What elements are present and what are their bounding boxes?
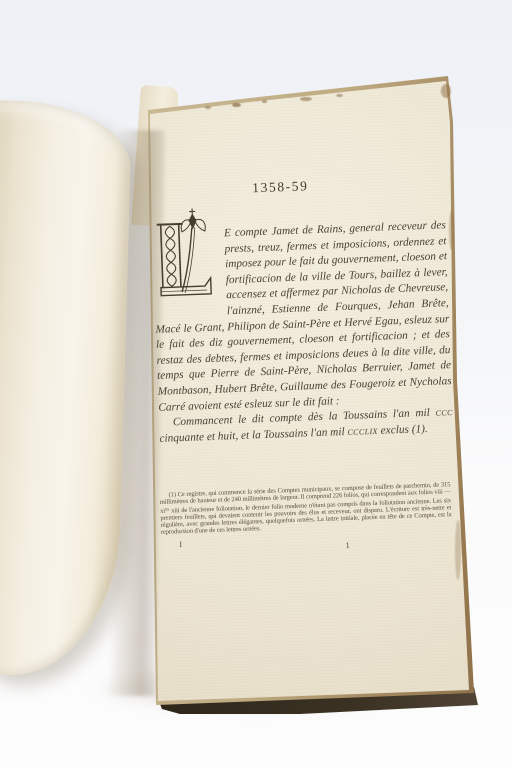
para2-text: cinquante et huit, et la Toussains l'an … — [159, 426, 347, 445]
foxing-spot — [441, 84, 451, 98]
roman-numeral: ccc — [435, 406, 453, 419]
foxing-spot — [232, 103, 241, 107]
signature-mark: I — [179, 540, 182, 549]
roman-numeral: ccclix — [347, 425, 378, 438]
foxing-spot — [205, 106, 211, 109]
foxing-spot — [336, 94, 343, 97]
book-photograph: 1358-59 — [0, 0, 512, 768]
page-text: 1358-59 — [150, 169, 458, 580]
foxing-spot — [449, 210, 454, 250]
paragraph-opening: E compte Jamet de Rains, general receveu… — [152, 218, 453, 416]
main-paragraphs: E compte Jamet de Rains, general receveu… — [152, 218, 454, 447]
date-heading: 1358-59 — [150, 174, 410, 200]
page-number: 1 — [345, 540, 350, 550]
para2-text: exclus (1). — [378, 423, 428, 437]
footnote: (1) Ce registre, qui commence la série d… — [159, 481, 451, 536]
foxing-spot — [300, 97, 312, 101]
foxing-spot — [262, 100, 267, 103]
